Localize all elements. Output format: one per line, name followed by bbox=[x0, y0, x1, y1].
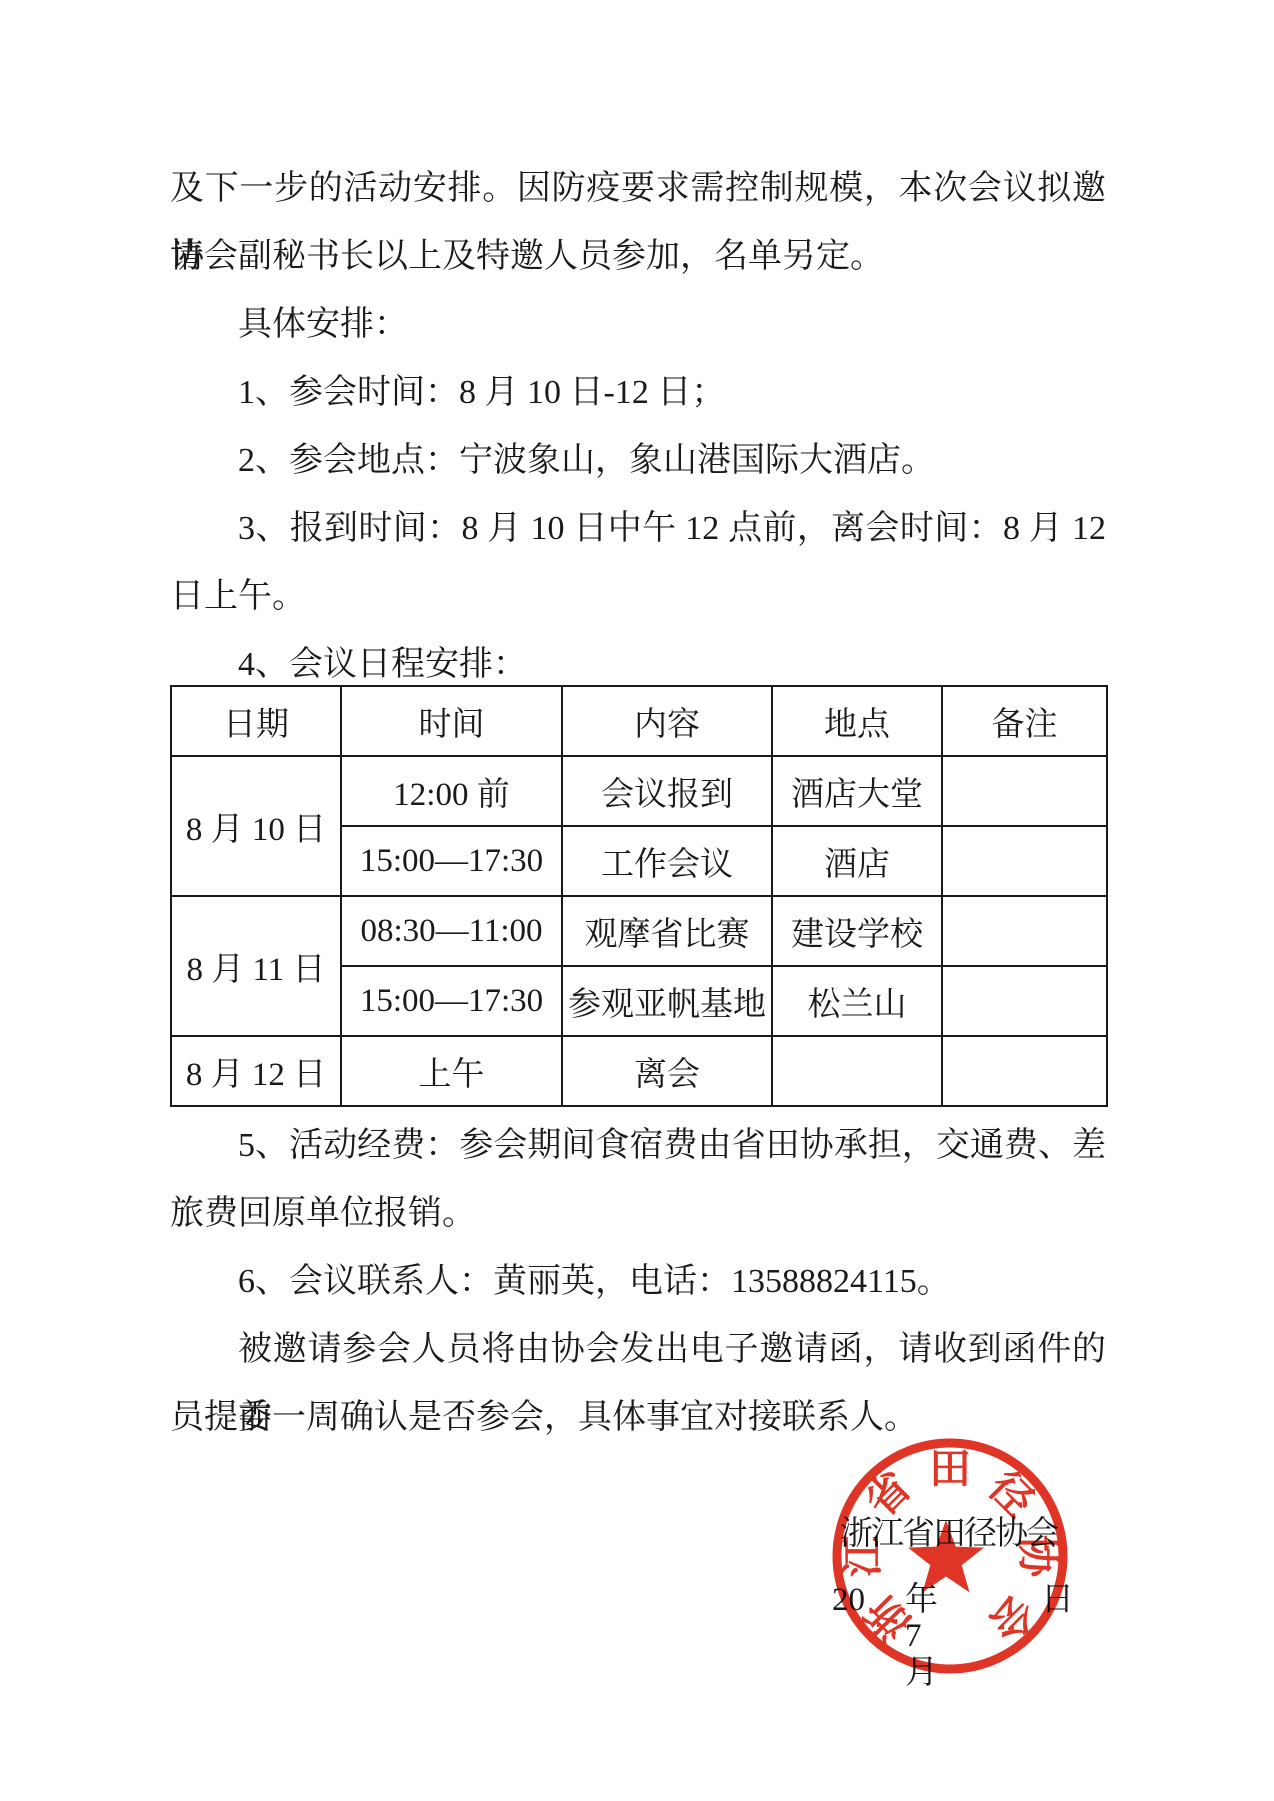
table-cell-place bbox=[772, 1036, 942, 1106]
seal-arc-char: 田 bbox=[929, 1447, 971, 1493]
table-cell-content: 离会 bbox=[562, 1036, 772, 1106]
body-line: 日上午。 bbox=[170, 563, 1106, 631]
table-header-cell: 地点 bbox=[772, 686, 942, 756]
schedule-table: 日期 时间 内容 地点 备注 8 月 10 日 12:00 前 会议报到 酒店大… bbox=[170, 685, 1108, 1107]
body-line: 被邀请参会人员将由协会发出电子邀请函，请收到函件的委 bbox=[170, 1316, 1106, 1384]
seal-arc-char: 径 bbox=[980, 1463, 1043, 1526]
table-cell-note bbox=[942, 1036, 1107, 1106]
table-cell-date: 8 月 12 日 bbox=[171, 1036, 341, 1106]
table-cell-time: 12:00 前 bbox=[341, 756, 562, 826]
table-cell-place: 建设学校 bbox=[772, 896, 942, 966]
table-cell-content: 观摩省比赛 bbox=[562, 896, 772, 966]
body-line: 具体安排： bbox=[170, 291, 1106, 359]
seal-arc-char: 会 bbox=[980, 1586, 1043, 1649]
official-seal: 浙 江 省 田 径 协 会 bbox=[827, 1433, 1073, 1679]
seal-arc-char: 江 bbox=[841, 1535, 887, 1577]
table-row: 8 月 11 日 08:30—11:00 观摩省比赛 建设学校 bbox=[171, 896, 1107, 966]
body-line: 协会副秘书长以上及特邀人员参加，名单另定。 bbox=[170, 223, 1106, 291]
table-cell-content: 参观亚帆基地 bbox=[562, 966, 772, 1036]
table-cell-time: 15:00—17:30 bbox=[341, 966, 562, 1036]
table-cell-note bbox=[942, 826, 1107, 896]
table-cell-place: 酒店 bbox=[772, 826, 942, 896]
table-cell-content: 工作会议 bbox=[562, 826, 772, 896]
document-body: 及下一步的活动安排。因防疫要求需控制规模，本次会议拟邀请 协会副秘书长以上及特邀… bbox=[170, 155, 1106, 1452]
body-line: 5、活动经费：参会期间食宿费由省田协承担，交通费、差 bbox=[170, 1112, 1106, 1180]
table-cell-time: 08:30—11:00 bbox=[341, 896, 562, 966]
body-line: 旅费回原单位报销。 bbox=[170, 1180, 1106, 1248]
table-cell-note bbox=[942, 756, 1107, 826]
body-line: 2、参会地点：宁波象山，象山港国际大酒店。 bbox=[170, 427, 1106, 495]
table-cell-note bbox=[942, 896, 1107, 966]
seal-star-icon bbox=[908, 1520, 984, 1592]
table-cell-content: 会议报到 bbox=[562, 756, 772, 826]
table-cell-date: 8 月 11 日 bbox=[171, 896, 341, 1036]
table-cell-place: 松兰山 bbox=[772, 966, 942, 1036]
seal-arc-char: 省 bbox=[857, 1463, 920, 1526]
body-line: 6、会议联系人：黄丽英，电话：13588824115。 bbox=[170, 1248, 1106, 1316]
body-line: 及下一步的活动安排。因防疫要求需控制规模，本次会议拟邀请 bbox=[170, 155, 1106, 223]
table-cell-place: 酒店大堂 bbox=[772, 756, 942, 826]
seal-arc-char: 协 bbox=[1013, 1535, 1060, 1579]
seal-arc-char: 浙 bbox=[857, 1586, 920, 1649]
table-cell-time: 15:00—17:30 bbox=[341, 826, 562, 896]
table-header-cell: 内容 bbox=[562, 686, 772, 756]
table-cell-note bbox=[942, 966, 1107, 1036]
table-cell-time: 上午 bbox=[341, 1036, 562, 1106]
body-line: 3、报到时间：8 月 10 日中午 12 点前，离会时间：8 月 12 bbox=[170, 495, 1106, 563]
body-line: 1、参会时间：8 月 10 日-12 日； bbox=[170, 359, 1106, 427]
document-page: 及下一步的活动安排。因防疫要求需控制规模，本次会议拟邀请 协会副秘书长以上及特邀… bbox=[0, 0, 1274, 1801]
table-row: 8 月 10 日 12:00 前 会议报到 酒店大堂 bbox=[171, 756, 1107, 826]
table-cell-date: 8 月 10 日 bbox=[171, 756, 341, 896]
table-header-cell: 备注 bbox=[942, 686, 1107, 756]
table-row: 8 月 12 日 上午 离会 bbox=[171, 1036, 1107, 1106]
